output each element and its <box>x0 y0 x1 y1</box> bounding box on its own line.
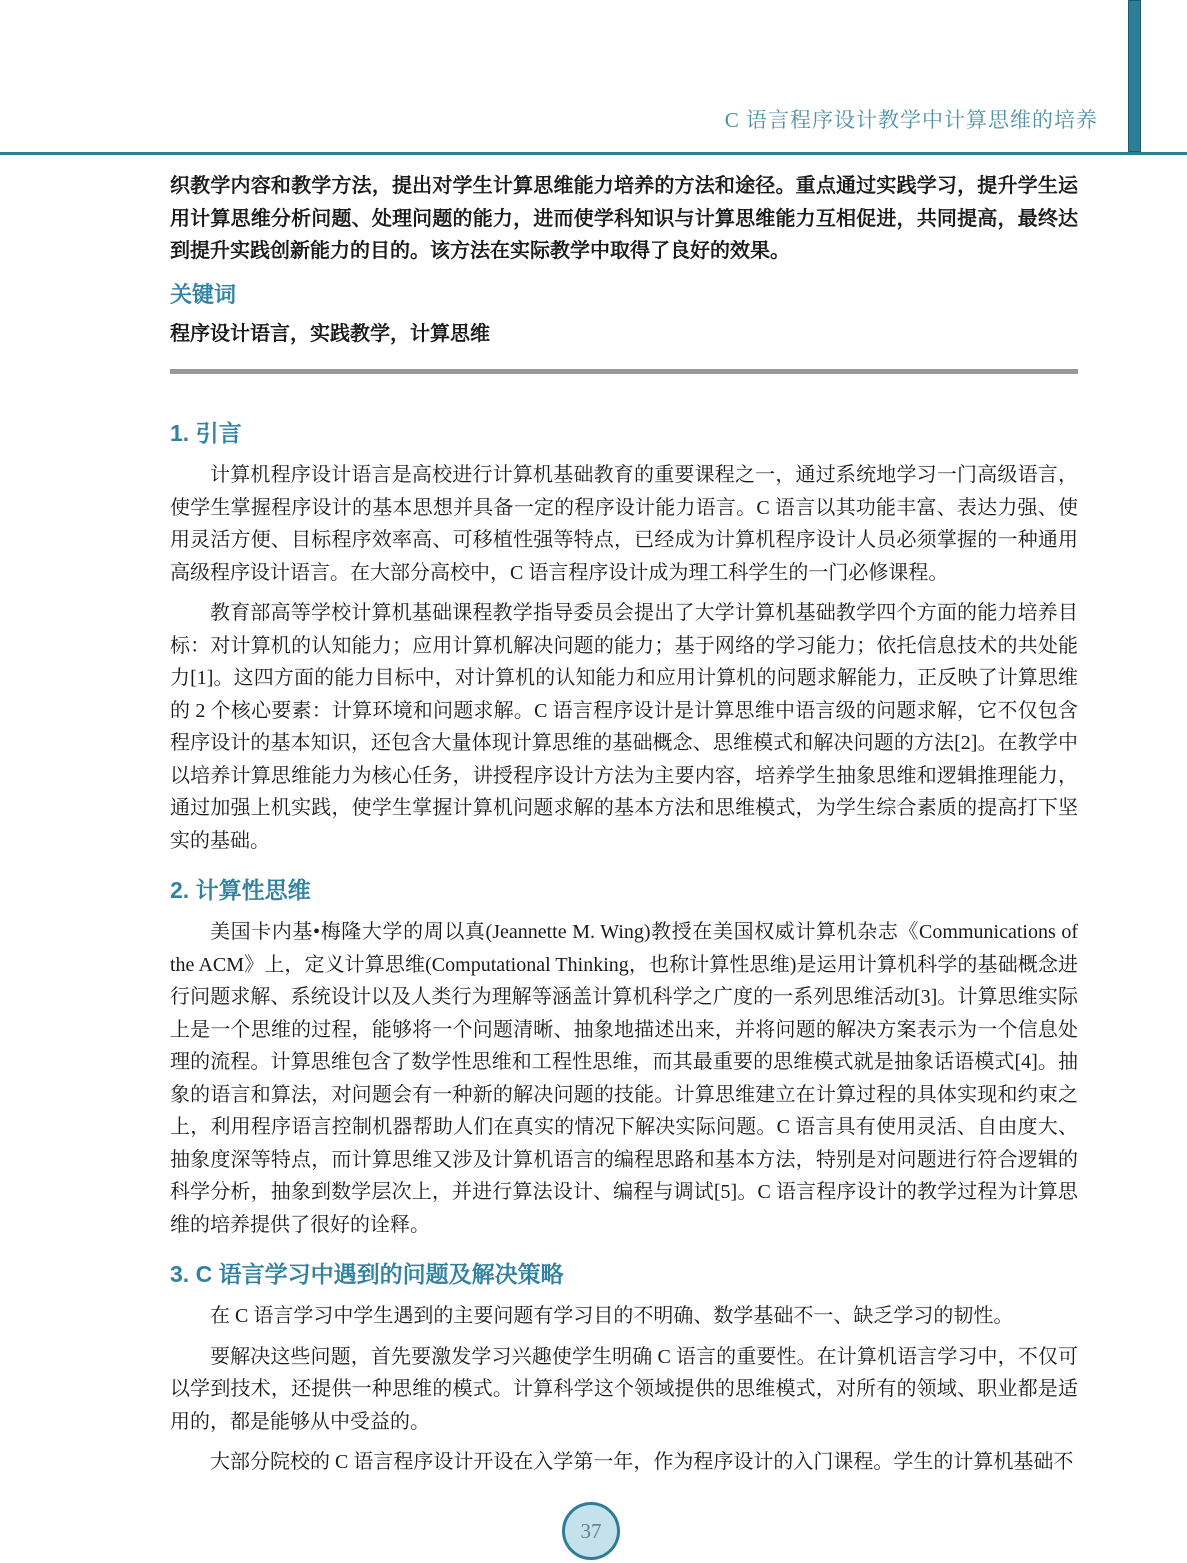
running-head-title: C 语言程序设计教学中计算思维的培养 <box>725 104 1098 134</box>
section-3-heading: 3. C 语言学习中遇到的问题及解决策略 <box>170 1256 1078 1289</box>
section-divider <box>170 369 1078 374</box>
document-page: { "header": { "title": "C 语言程序设计教学中计算思维的… <box>0 0 1187 1563</box>
abstract-text: 织教学内容和教学方法，提出对学生计算思维能力培养的方法和途径。重点通过实践学习，… <box>170 170 1078 268</box>
keywords-text: 程序设计语言，实践教学，计算思维 <box>170 318 1078 351</box>
keywords-heading: 关键词 <box>170 278 1078 309</box>
page-number: 37 <box>581 1519 602 1544</box>
section-3-paragraph-2: 要解决这些问题，首先要激发学习兴趣使学生明确 C 语言的重要性。在计算机语言学习… <box>170 1341 1078 1439</box>
section-1-heading: 1. 引言 <box>170 415 1078 448</box>
main-content: 织教学内容和教学方法，提出对学生计算思维能力培养的方法和途径。重点通过实践学习，… <box>170 155 1078 1479</box>
section-3-paragraph-3: 大部分院校的 C 语言程序设计开设在入学第一年，作为程序设计的入门课程。学生的计… <box>170 1446 1078 1479</box>
section-2-heading: 2. 计算性思维 <box>170 872 1078 905</box>
section-1-paragraph-2: 教育部高等学校计算机基础课程教学指导委员会提出了大学计算机基础教学四个方面的能力… <box>170 597 1078 857</box>
section-2-paragraph-1: 美国卡内基•梅隆大学的周以真(Jeannette M. Wing)教授在美国权威… <box>170 916 1078 1241</box>
section-3-paragraph-1: 在 C 语言学习中学生遇到的主要问题有学习目的不明确、数学基础不一、缺乏学习的韧… <box>170 1300 1078 1333</box>
header-accent-bar <box>1128 0 1141 152</box>
section-1-paragraph-1: 计算机程序设计语言是高校进行计算机基础教育的重要课程之一，通过系统地学习一门高级… <box>170 459 1078 589</box>
page-number-badge: 37 <box>562 1502 620 1560</box>
